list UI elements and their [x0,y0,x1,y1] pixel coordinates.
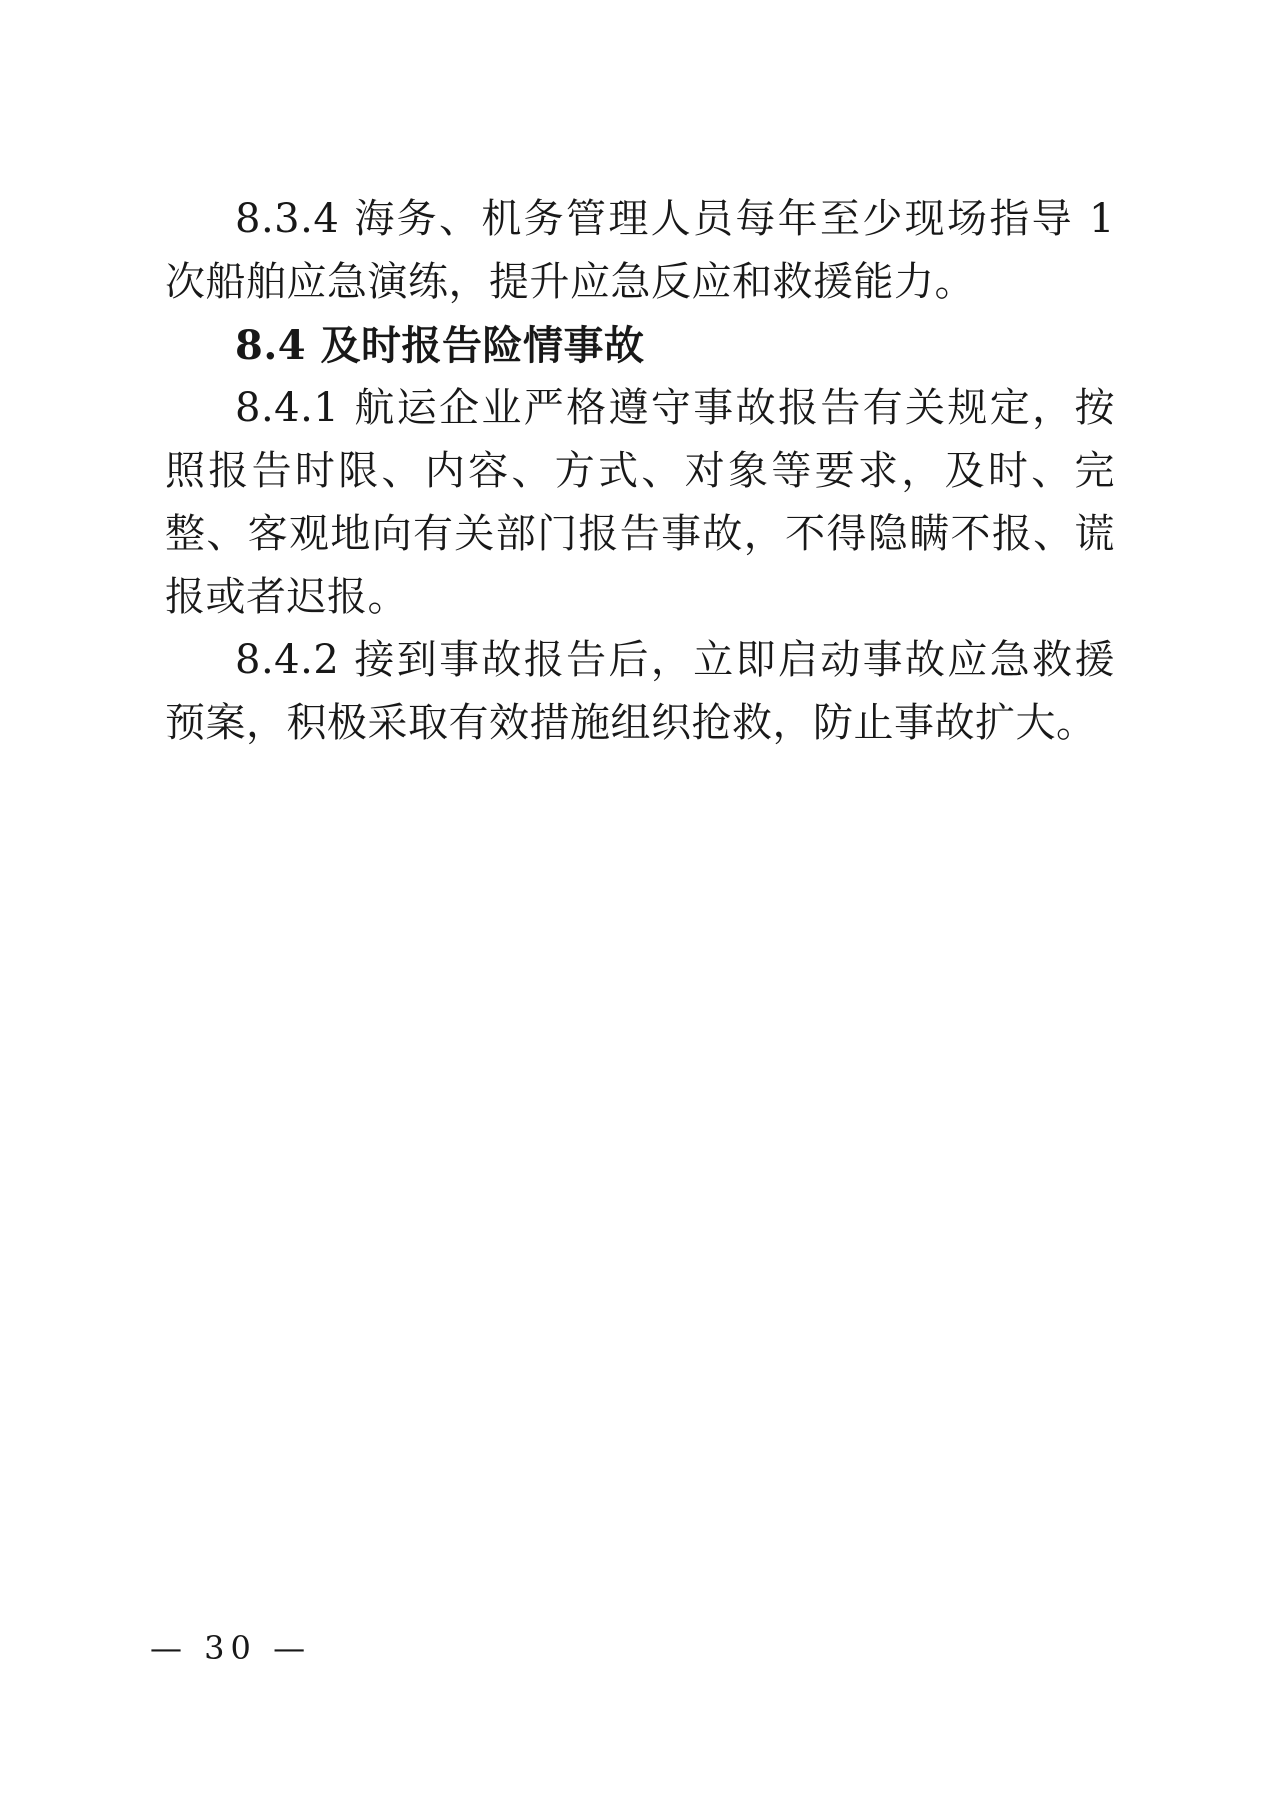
paragraph-8-4-1: 8.4.1 航运企业严格遵守事故报告有关规定，按照报告时限、内容、方式、对象等要… [165,377,1115,629]
section-heading-8-4: 8.4 及时报告险情事故 [165,314,1115,377]
document-body: 8.3.4 海务、机务管理人员每年至少现场指导 1 次船舶应急演练，提升应急反应… [165,188,1115,755]
paragraph-8-3-4: 8.3.4 海务、机务管理人员每年至少现场指导 1 次船舶应急演练，提升应急反应… [165,188,1115,314]
document-page: 8.3.4 海务、机务管理人员每年至少现场指导 1 次船舶应急演练，提升应急反应… [0,0,1280,1810]
page-number: — 30 — [150,1628,311,1668]
paragraph-8-4-2: 8.4.2 接到事故报告后，立即启动事故应急救援预案，积极采取有效措施组织抢救，… [165,629,1115,755]
